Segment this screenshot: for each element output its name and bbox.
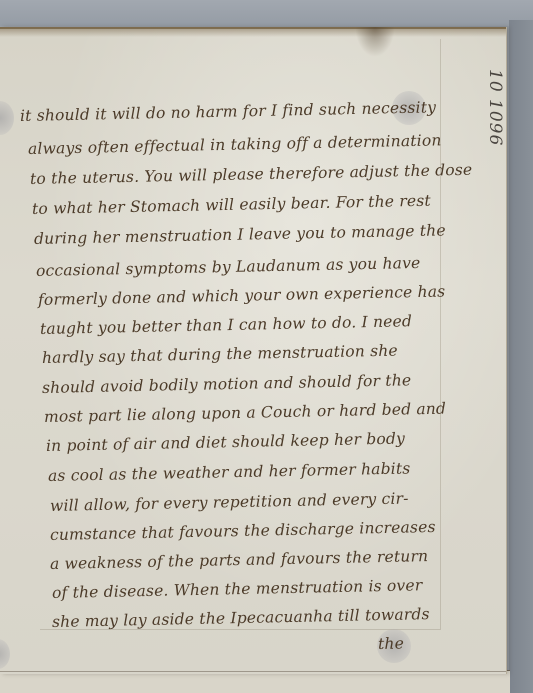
bleed-through-stamp-left xyxy=(0,101,14,135)
manuscript-viewer: 10 1096 it should it will do no harm for… xyxy=(0,0,533,693)
page-fold-line xyxy=(0,671,506,672)
catchword: the xyxy=(378,634,404,653)
folio-number: 10 1096 xyxy=(485,69,505,146)
manuscript-sheet: 10 1096 it should it will do no harm for… xyxy=(0,27,506,674)
mount-board-top xyxy=(0,0,533,26)
mount-board-right xyxy=(509,20,533,693)
bleed-through-stamp-left-bottom xyxy=(0,639,10,669)
